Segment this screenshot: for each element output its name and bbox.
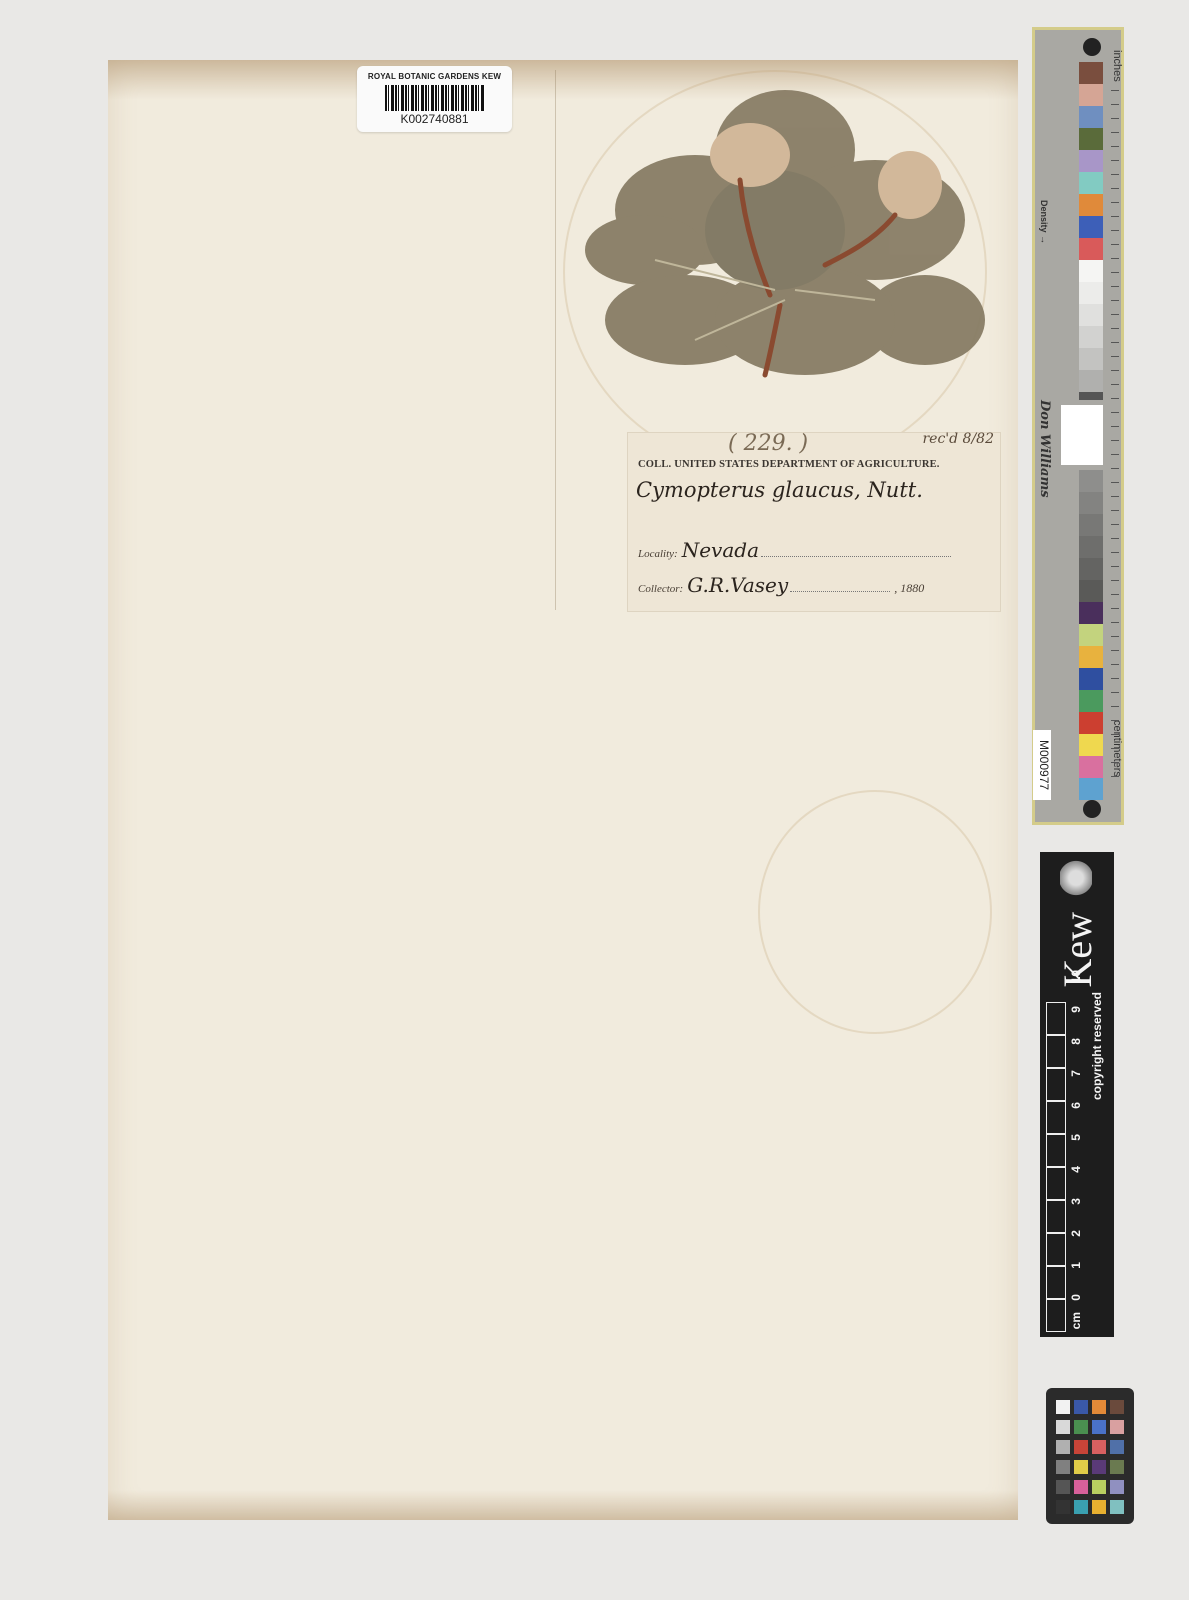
color-swatch	[1079, 778, 1103, 800]
scale-number: 10	[1069, 970, 1083, 983]
color-calibration-ruler: inches centimeters Density → Don William…	[1032, 27, 1124, 825]
color-swatch	[1079, 712, 1103, 734]
color-cell	[1056, 1500, 1070, 1514]
gray-swatch	[1079, 326, 1103, 348]
scale-number: 3	[1069, 1198, 1083, 1205]
color-swatch	[1079, 150, 1103, 172]
color-cell	[1092, 1460, 1106, 1474]
color-cell	[1056, 1420, 1070, 1434]
dotted-line	[790, 591, 890, 592]
color-swatch	[1079, 624, 1103, 646]
label-header: COLL. UNITED STATES DEPARTMENT OF AGRICU…	[638, 459, 940, 470]
color-cell	[1110, 1480, 1124, 1494]
kew-scale-bar: Kew copyright reserved cm 0 1 2 3 4 5 6 …	[1040, 852, 1114, 1337]
collector-label: Collector:	[638, 583, 683, 595]
gray-swatch	[1079, 580, 1103, 602]
scale-number: 8	[1069, 1038, 1083, 1045]
gray-swatch	[1079, 536, 1103, 558]
color-cell	[1092, 1420, 1106, 1434]
color-cell	[1110, 1420, 1124, 1434]
color-swatch	[1079, 172, 1103, 194]
color-swatch	[1079, 62, 1103, 84]
barcode-icon	[385, 85, 485, 111]
barcode-number: K002740881	[357, 112, 512, 126]
gray-swatch	[1079, 370, 1103, 392]
pressed-plant-specimen	[575, 80, 995, 390]
color-cell	[1074, 1440, 1088, 1454]
gray-swatch	[1079, 492, 1103, 514]
collection-year: , 1880	[894, 581, 924, 595]
water-stain	[758, 790, 992, 1034]
institution-name: ROYAL BOTANIC GARDENS KEW	[357, 72, 512, 81]
collector-value: G.R.Vasey	[687, 573, 788, 597]
color-cell	[1056, 1440, 1070, 1454]
scale-number: 6	[1069, 1102, 1083, 1109]
locality-row: Locality:Nevada	[638, 538, 951, 562]
collection-number: ( 229. )	[728, 431, 808, 456]
color-cell	[1092, 1400, 1106, 1414]
color-swatch	[1079, 646, 1103, 668]
color-cell	[1092, 1440, 1106, 1454]
gray-swatch	[1079, 282, 1103, 304]
color-swatch	[1079, 216, 1103, 238]
ruler-brand: Don Williams	[1037, 400, 1052, 498]
color-swatch	[1079, 238, 1103, 260]
units-inches: inches	[1111, 50, 1123, 82]
color-cell	[1074, 1420, 1088, 1434]
ruler-id: M000977	[1033, 730, 1051, 800]
color-swatch	[1079, 756, 1103, 778]
kew-crest-icon	[1060, 860, 1092, 896]
gray-swatch	[1079, 348, 1103, 370]
scale-number: 1	[1069, 1262, 1083, 1269]
ruler-hole-icon	[1083, 800, 1101, 818]
color-cell	[1074, 1460, 1088, 1474]
scale-number: 2	[1069, 1230, 1083, 1237]
scale-number: 9	[1069, 1006, 1083, 1013]
gray-swatch	[1079, 304, 1103, 326]
scale-unit: cm	[1069, 1312, 1083, 1329]
density-label: Density →	[1039, 200, 1049, 244]
scale-number: 0	[1069, 1294, 1083, 1301]
color-cell	[1110, 1500, 1124, 1514]
barcode-label: ROYAL BOTANIC GARDENS KEW K002740881	[357, 66, 512, 132]
gray-swatch	[1079, 514, 1103, 536]
color-swatch	[1079, 602, 1103, 624]
color-swatch	[1079, 668, 1103, 690]
color-cell	[1056, 1460, 1070, 1474]
color-cell	[1074, 1480, 1088, 1494]
dotted-line	[761, 556, 951, 557]
received-date: rec'd 8/82	[922, 431, 994, 447]
color-cell	[1110, 1400, 1124, 1414]
color-cell	[1110, 1440, 1124, 1454]
color-swatch	[1079, 106, 1103, 128]
color-swatch	[1079, 690, 1103, 712]
color-swatch	[1079, 734, 1103, 756]
paper-fold-line	[555, 70, 556, 610]
locality-label: Locality:	[638, 548, 678, 560]
species-name: Cymopterus glaucus, Nutt.	[636, 478, 923, 502]
black-bar	[1079, 392, 1103, 400]
color-cell	[1056, 1480, 1070, 1494]
color-cell	[1092, 1500, 1106, 1514]
color-swatch	[1079, 84, 1103, 106]
resolution-target	[1061, 405, 1103, 465]
scale-ticks	[1046, 1002, 1066, 1332]
ruler-ticks	[1111, 90, 1119, 782]
color-cell	[1074, 1500, 1088, 1514]
scale-number: 7	[1069, 1070, 1083, 1077]
ruler-hole-icon	[1083, 38, 1101, 56]
specimen-label: ( 229. ) rec'd 8/82 COLL. UNITED STATES …	[627, 432, 1001, 612]
gray-swatch	[1079, 260, 1103, 282]
gray-swatch	[1079, 470, 1103, 492]
color-swatch	[1079, 194, 1103, 216]
color-swatch	[1079, 128, 1103, 150]
sheet-stain-bottom	[108, 1490, 1018, 1520]
color-cell	[1056, 1400, 1070, 1414]
gray-swatch	[1079, 558, 1103, 580]
color-cell	[1074, 1400, 1088, 1414]
scale-number: 5	[1069, 1134, 1083, 1141]
scale-number: 4	[1069, 1166, 1083, 1173]
color-checker-card	[1046, 1388, 1134, 1524]
locality-value: Nevada	[682, 538, 759, 562]
collector-row: Collector:G.R.Vasey, 1880	[638, 573, 924, 597]
color-cell	[1092, 1480, 1106, 1494]
copyright-text: copyright reserved	[1090, 992, 1104, 1100]
color-cell	[1110, 1460, 1124, 1474]
